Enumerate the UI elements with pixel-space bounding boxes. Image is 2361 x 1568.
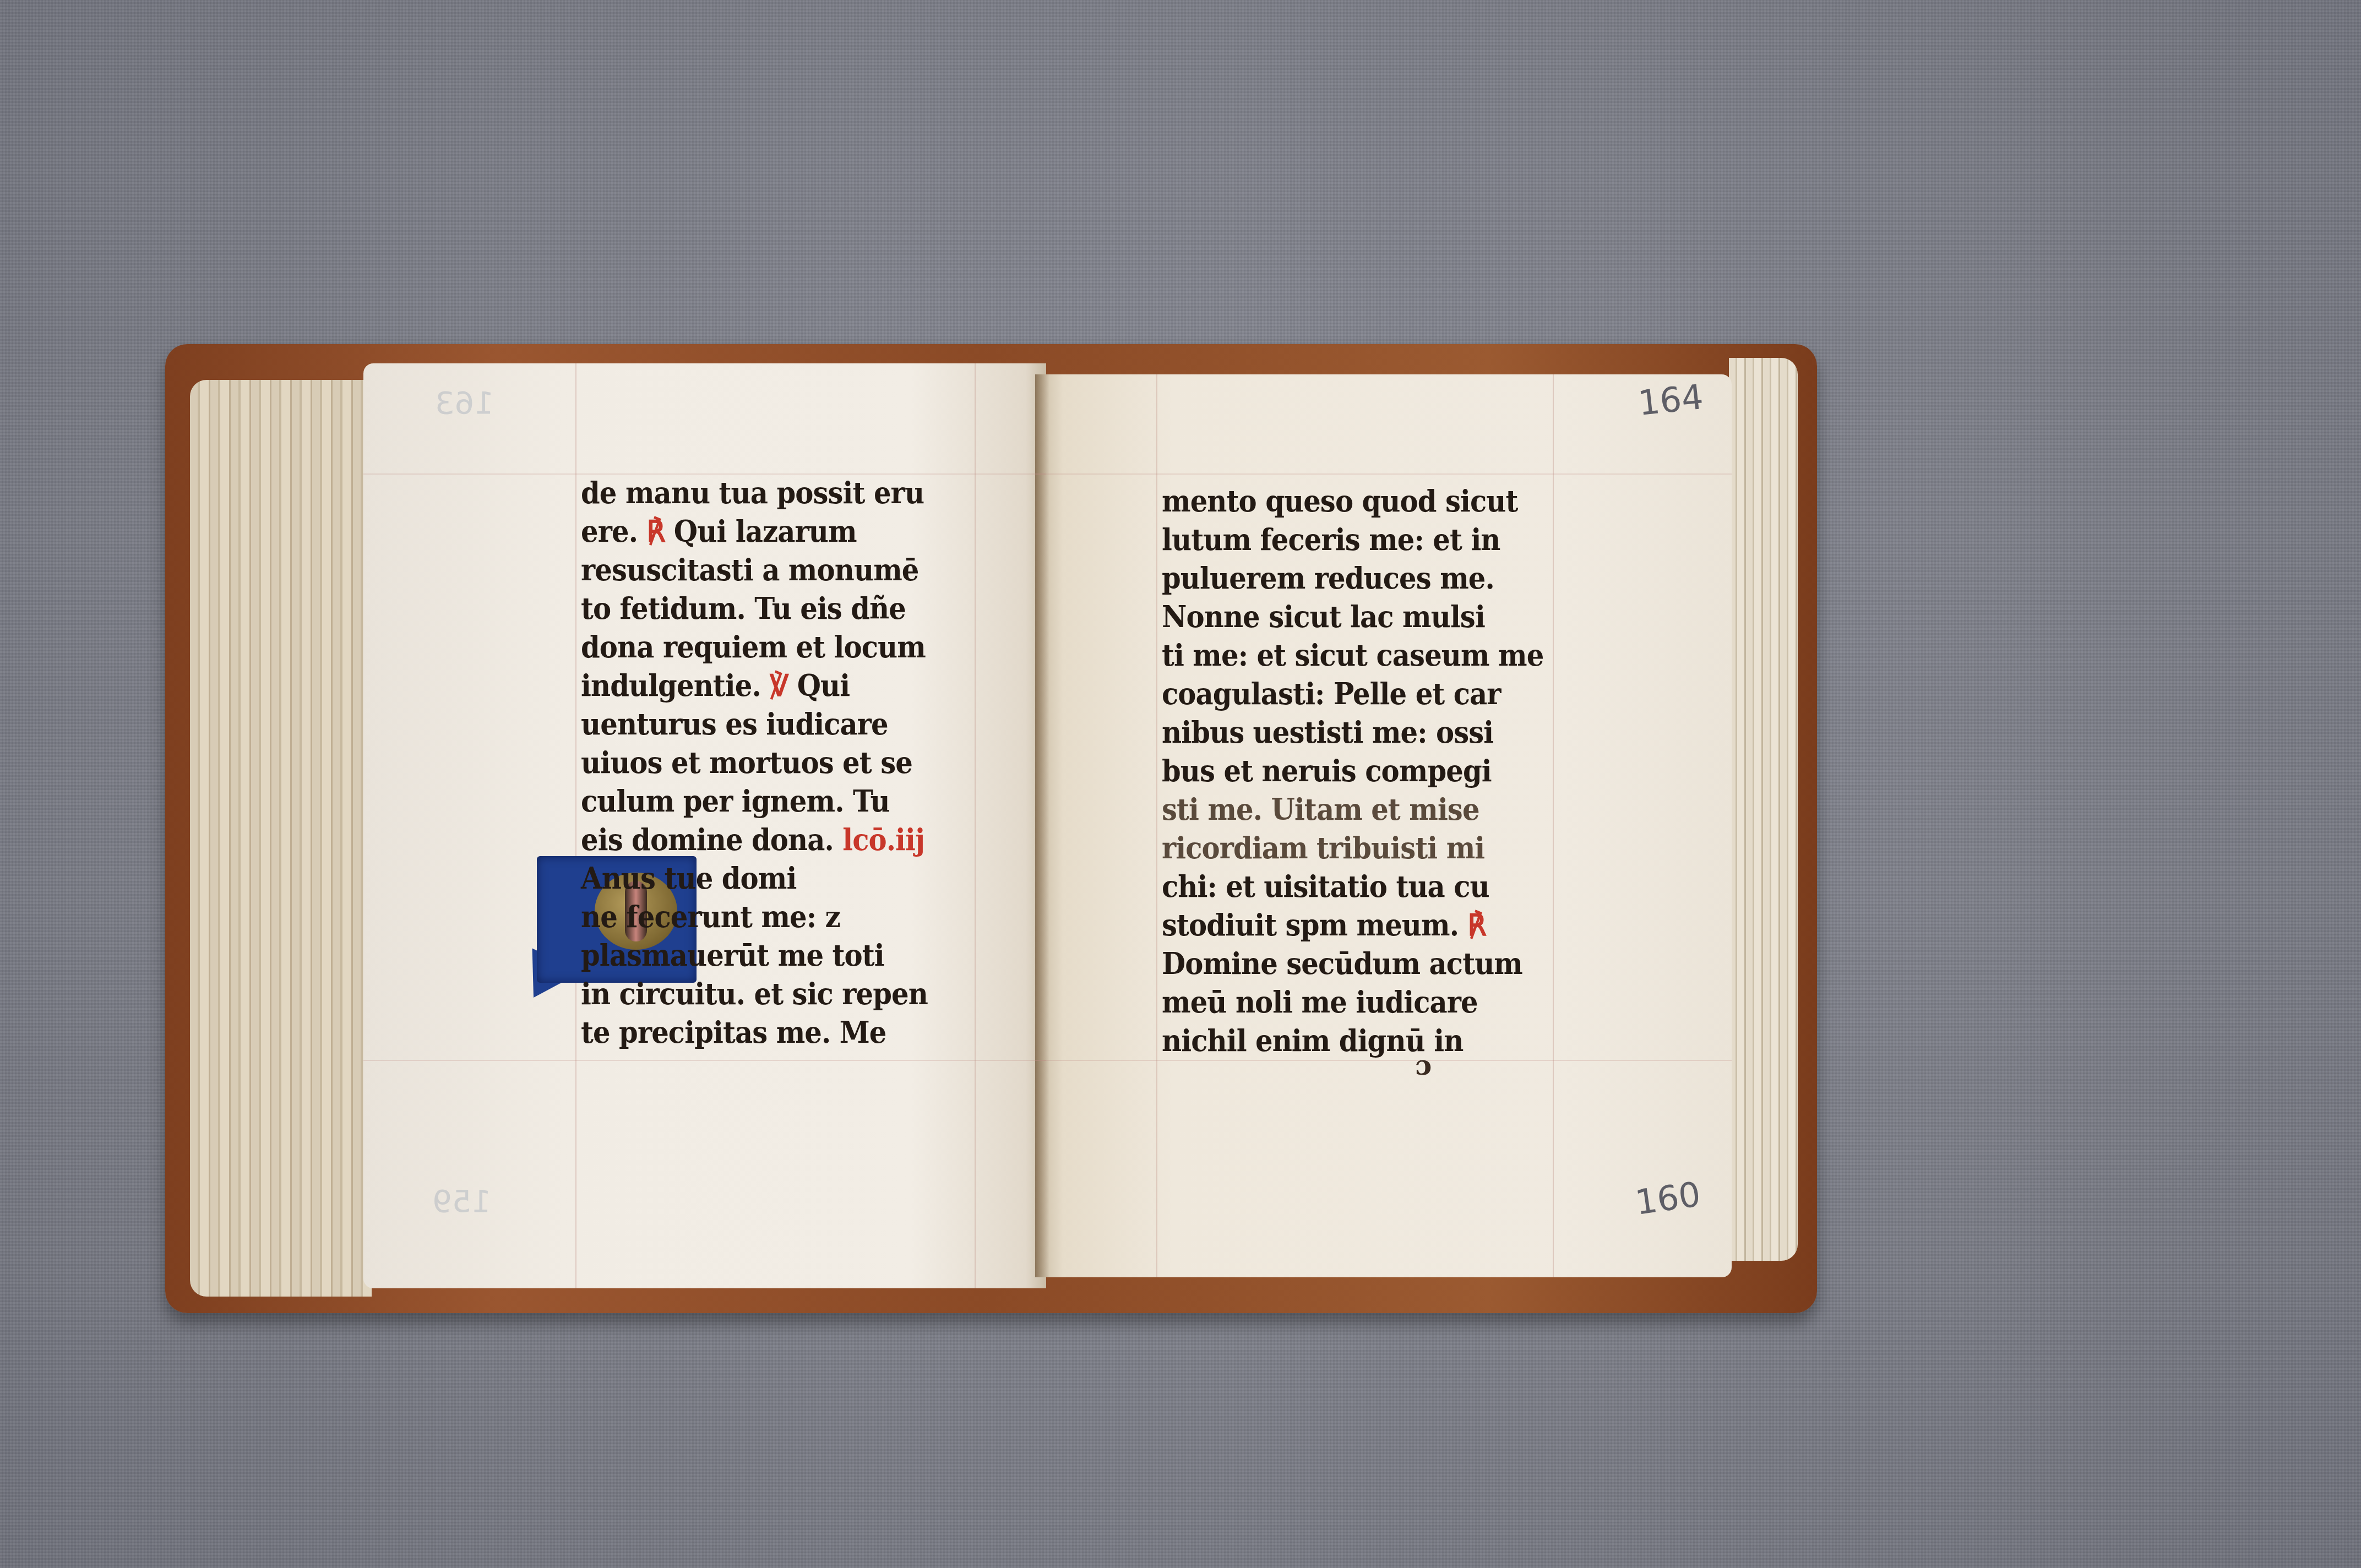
script-text: bus et neruis compegi: [1162, 753, 1492, 788]
text-line: nichil enim dignū in: [1162, 1021, 1543, 1060]
script-text: Tu eis dñe: [754, 591, 906, 626]
script-text: resuscitasti a monumē: [581, 552, 918, 587]
text-line: indulgentie. ℣ Qui: [581, 666, 928, 705]
gutter-shadow: [1035, 374, 1049, 1277]
ruling-line: [1156, 374, 1157, 1277]
script-text: plasmauerūt me toti: [581, 938, 884, 973]
text-line: dona requiem et locum: [581, 628, 928, 666]
text-line: te precipitas me. Me: [581, 1013, 928, 1052]
script-text: chi: et uisitatio tua cu: [1162, 869, 1489, 904]
page-edges-right: [1729, 358, 1798, 1261]
ghost-mark: 163: [435, 385, 494, 421]
script-text: lutum feceris me: et in: [1162, 522, 1500, 557]
folio-number-top: 164: [1636, 377, 1705, 423]
ghost-mark: 159: [432, 1184, 491, 1219]
text-line: uenturus es iudicare: [581, 705, 928, 743]
script-text: dona requiem et locum: [581, 629, 926, 665]
page-edges-left: [190, 380, 372, 1297]
text-line: eis domine dona. lcō.iij: [581, 820, 928, 859]
script-text: to fetidum.: [581, 591, 754, 626]
rubric-text: ℟: [646, 514, 673, 549]
script-text: Me: [840, 1015, 886, 1050]
script-text: eis domine dona.: [581, 822, 842, 857]
text-line: mento queso quod sicut: [1162, 482, 1543, 520]
text-line: ti me: et sicut caseum me: [1162, 636, 1543, 674]
script-text: ere.: [581, 514, 646, 549]
text-line: chi: et uisitatio tua cu: [1162, 867, 1543, 906]
script-text: uiuos et mortuos et se: [581, 745, 912, 780]
text-line: to fetidum. Tu eis dñe: [581, 589, 928, 628]
script-text: indulgentie.: [581, 668, 770, 703]
text-line: in circuitu. et sic repen: [581, 974, 928, 1013]
text-line: Domine secūdum actum: [1162, 944, 1543, 983]
script-text: Nonne sicut lac mulsi: [1162, 599, 1485, 634]
text-line: ne fecerunt me: z: [581, 897, 928, 936]
text-line: uiuos et mortuos et se: [581, 743, 928, 782]
script-text: Domine secūdum actum: [1162, 946, 1522, 981]
script-text: mento queso quod sicut: [1162, 483, 1517, 519]
script-text: sti me. Uitam et mise: [1162, 792, 1479, 827]
script-text: coagulasti: Pelle et car: [1162, 676, 1501, 711]
text-line: lutum feceris me: et in: [1162, 520, 1543, 559]
ruling-line: [363, 1060, 1046, 1061]
script-text: stodiuit spm meum.: [1162, 907, 1467, 943]
ruling-line: [975, 363, 976, 1288]
text-line: ricordiam tribuisti mi: [1162, 829, 1543, 867]
script-text: culum per ignem. Tu: [581, 783, 890, 819]
script-text: puluerem reduces me.: [1162, 560, 1494, 596]
script-text: ti me: et sicut caseum me: [1162, 638, 1543, 673]
rubric-text: ℣: [770, 668, 797, 703]
ruling-line: [575, 363, 576, 1288]
text-line: resuscitasti a monumē: [581, 551, 928, 589]
script-text: uenturus es iudicare: [581, 706, 888, 742]
text-line: stodiuit spm meum. ℟: [1162, 906, 1543, 944]
script-text: te precipitas me.: [581, 1015, 840, 1050]
text-line: nibus uestisti me: ossi: [1162, 713, 1543, 752]
text-line: meū noli me iudicare: [1162, 983, 1543, 1021]
script-text: in circuitu. et sic repen: [581, 976, 928, 1011]
rubric-text: lcō.iij: [842, 822, 924, 857]
left-text-block: de manu tua possit eruere. ℟ Qui lazarum…: [581, 473, 958, 1052]
text-line: Nonne sicut lac mulsi: [1162, 597, 1543, 636]
text-line: puluerem reduces me.: [1162, 559, 1543, 597]
ruling-line: [1035, 1060, 1732, 1061]
script-text: ricordiam tribuisti mi: [1162, 830, 1484, 865]
script-text: nibus uestisti me: ossi: [1162, 715, 1493, 750]
script-text: Anus tue domi: [581, 861, 796, 896]
ruling-line: [1035, 473, 1732, 475]
text-line: culum per ignem. Tu: [581, 782, 928, 820]
script-text: Qui: [797, 668, 850, 703]
script-text: meū noli me iudicare: [1162, 984, 1478, 1020]
catchword: ɔ: [1415, 1049, 1432, 1081]
right-text-block: mento queso quod sicutlutum feceris me: …: [1162, 482, 1577, 1060]
text-line: plasmauerūt me toti: [581, 936, 928, 974]
rubric-text: ℟: [1467, 907, 1486, 943]
script-text: ne fecerunt me: z: [581, 899, 840, 934]
text-line: ere. ℟ Qui lazarum: [581, 512, 928, 551]
text-line: Anus tue domi: [581, 859, 928, 897]
script-text: Qui lazarum: [674, 514, 857, 549]
text-line: bus et neruis compegi: [1162, 752, 1543, 790]
text-line: coagulasti: Pelle et car: [1162, 674, 1543, 713]
script-text: de manu tua possit eru: [581, 475, 924, 510]
text-line: sti me. Uitam et mise: [1162, 790, 1543, 829]
text-line: de manu tua possit eru: [581, 473, 928, 512]
